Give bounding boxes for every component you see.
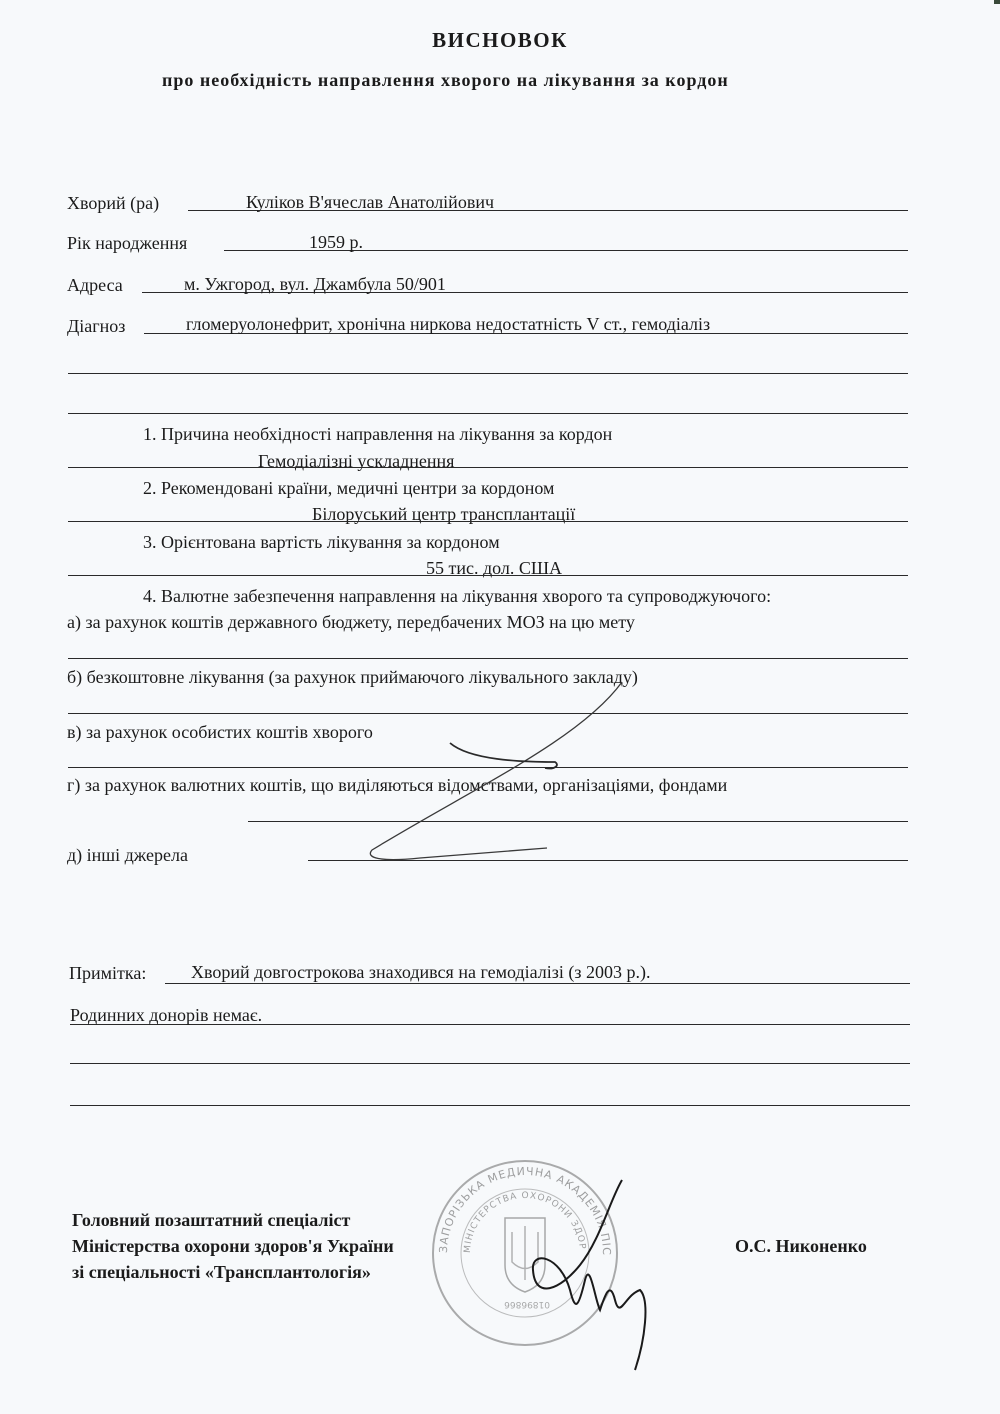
scan-edge — [994, 0, 1000, 4]
section-3-line — [68, 575, 908, 576]
patient-name-value: Куліков В'ячеслав Анатолійович — [246, 192, 494, 213]
section-1-line — [68, 467, 908, 468]
signer-position-3: зі спеціальності «Трансплантологія» — [72, 1262, 371, 1283]
funding-option-a: а) за рахунок коштів державного бюджету,… — [67, 612, 635, 633]
note-line-3 — [70, 1063, 910, 1064]
funding-option-d-line — [248, 821, 908, 822]
strike-through-mark — [370, 682, 622, 860]
section-1-value: Гемодіалізні ускладнення — [258, 451, 454, 472]
document-title: ВИСНОВОК — [0, 28, 1000, 53]
diagnosis-value: гломеруолонефрит, хронічна ниркова недос… — [186, 314, 710, 335]
section-1-label: 1. Причина необхідності направлення на л… — [143, 424, 612, 445]
funding-option-c: в) за рахунок особистих коштів хворого — [67, 722, 373, 743]
address-value: м. Ужгород, вул. Джамбула 50/901 — [184, 274, 446, 295]
section-2-label: 2. Рекомендовані країни, медичні центри … — [143, 478, 554, 499]
blank-line-2 — [68, 413, 908, 414]
funding-option-d: г) за рахунок валютних коштів, що виділя… — [67, 775, 727, 796]
funding-option-b: б) безкоштовне лікування (за рахунок при… — [67, 667, 638, 688]
funding-option-e: д) інші джерела — [67, 845, 188, 866]
signer-position-2: Міністерства охорони здоров'я України — [72, 1236, 394, 1257]
blank-line-1 — [68, 373, 908, 374]
funding-option-b-line — [68, 713, 908, 714]
svg-text:01896866: 01896866 — [504, 1299, 550, 1309]
signer-name: О.С. Никоненко — [735, 1236, 867, 1257]
funding-heading: 4. Валютне забезпечення направлення на л… — [143, 586, 771, 607]
note-label: Примітка: — [69, 963, 146, 984]
funding-option-c-line — [68, 767, 908, 768]
birth-year-value: 1959 р. — [309, 232, 363, 253]
handwritten-signature — [533, 1180, 646, 1370]
funding-option-a-line — [68, 658, 908, 659]
note-line-4 — [70, 1105, 910, 1106]
section-2-line — [68, 521, 908, 522]
patient-name-label: Хворий (ра) — [67, 193, 159, 214]
address-label: Адреса — [67, 275, 123, 296]
document-page: ВИСНОВОК про необхідність направлення хв… — [0, 0, 1000, 1414]
note-text-2: Родинних донорів немає. — [70, 1005, 262, 1026]
note-text-1: Хворий довгострокова знаходився на гемод… — [191, 962, 650, 983]
section-3-label: 3. Орієнтована вартість лікування за кор… — [143, 532, 500, 553]
trident-shield-icon — [505, 1218, 545, 1292]
signer-position-1: Головний позаштатний спеціаліст — [72, 1210, 350, 1231]
document-subtitle: про необхідність направлення хворого на … — [162, 70, 729, 91]
note-line-1 — [165, 983, 910, 984]
funding-option-e-line — [308, 860, 908, 861]
diagnosis-label: Діагноз — [67, 316, 125, 337]
birth-year-label: Рік народження — [67, 233, 187, 254]
